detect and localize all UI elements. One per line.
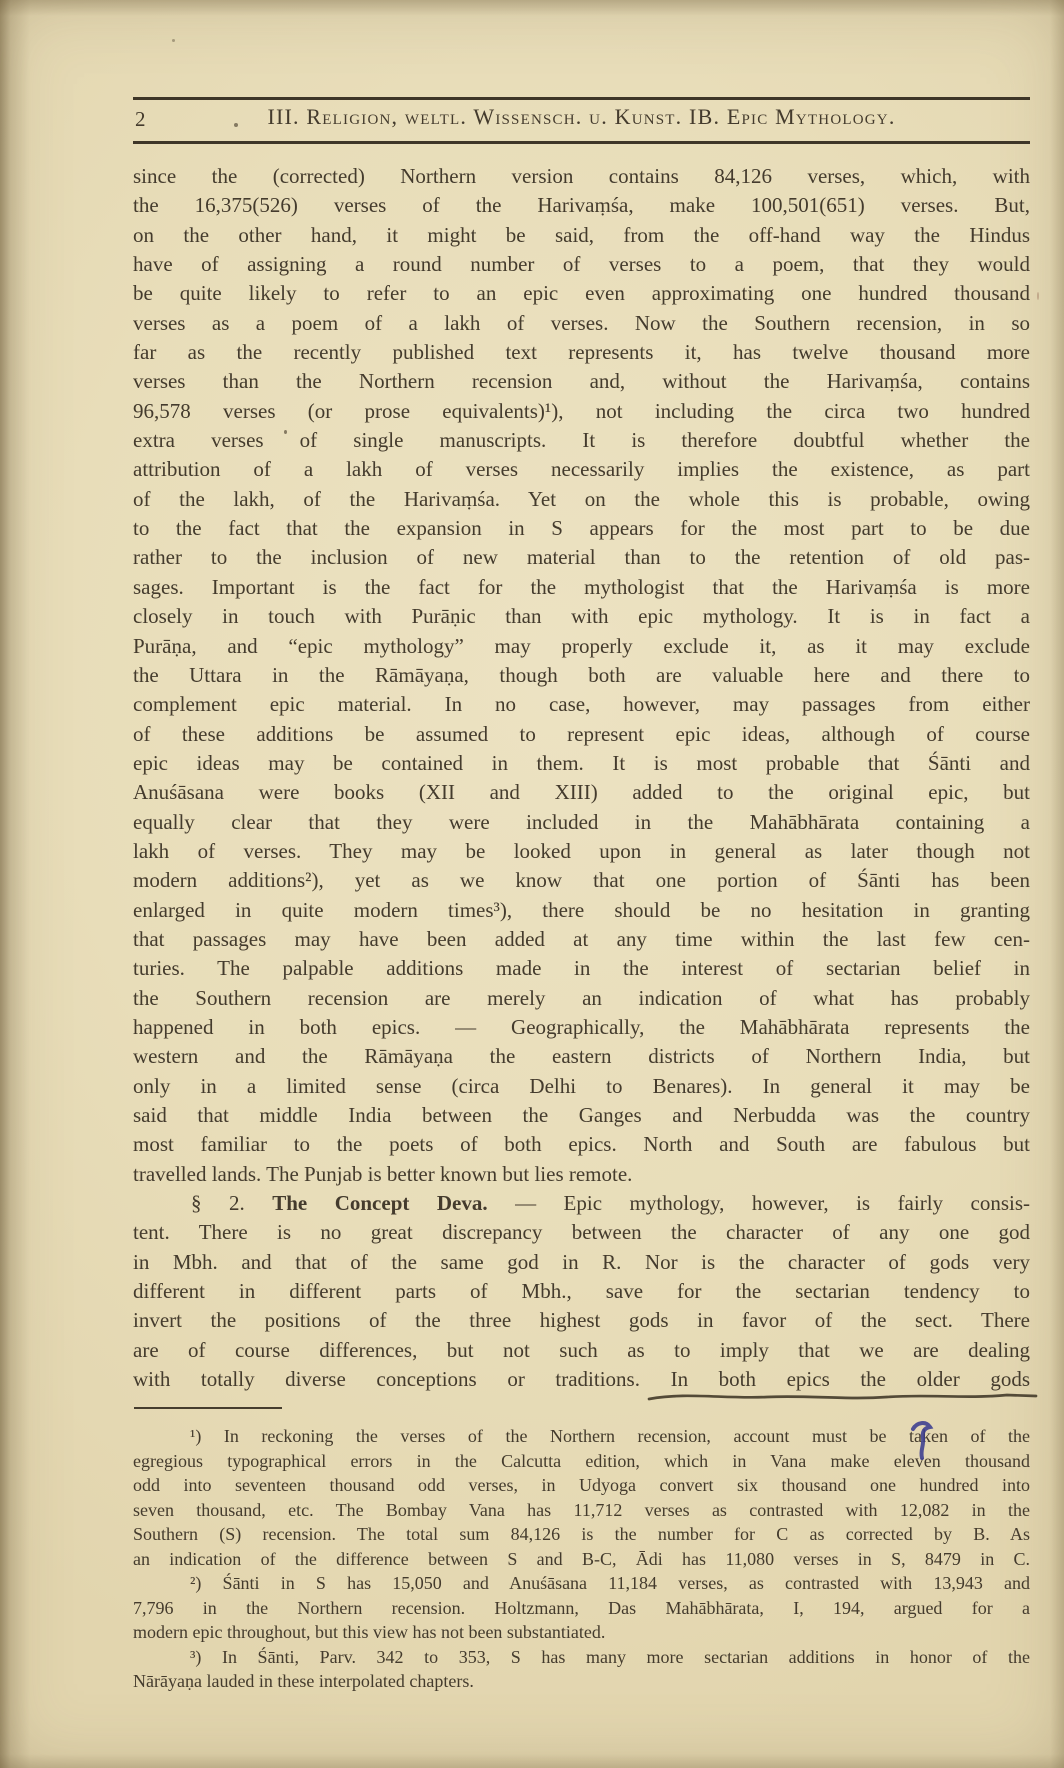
last-body-line: with totally diverse conceptions or trad… <box>133 1365 1030 1394</box>
body-text-line: equally clear that they were included in… <box>133 808 1030 837</box>
body-text-line: only in a limited sense (circa Delhi to … <box>133 1072 1030 1101</box>
paragraph-2: § 2. The Concept Deva. — Epic mythology,… <box>133 1189 1030 1394</box>
paper-speck <box>1037 292 1039 300</box>
paper-speck <box>172 39 175 42</box>
body-text-line: to the fact that the expansion in S appe… <box>133 514 1030 543</box>
body-text-line: Anuśāsana were books (XII and XIII) adde… <box>133 778 1030 807</box>
section-number: § 2. <box>191 1191 245 1215</box>
footnote-line: Southern (S) recension. The total sum 84… <box>133 1522 1030 1547</box>
body-text-line: extra verses of single manuscripts. It i… <box>133 426 1030 455</box>
body-text-line: Purāṇa, and “epic mythology” may properl… <box>133 632 1030 661</box>
body-text-line: on the other hand, it might be said, fro… <box>133 221 1030 250</box>
body-text-line: have of assigning a round number of vers… <box>133 250 1030 279</box>
footnote-line: odd into seventeen thousand odd verses, … <box>133 1473 1030 1498</box>
page-number: 2 <box>135 107 147 132</box>
body-text-line: of the lakh, of the Harivaṃśa. Yet on th… <box>133 485 1030 514</box>
body-text-line: most familiar to the poets of both epics… <box>133 1130 1030 1159</box>
paragraph-2-lines: tent. There is no great discrepancy betw… <box>133 1218 1030 1365</box>
footnote-separator-rule <box>134 1407 282 1409</box>
section-heading-rest: — Epic mythology, however, is fairly con… <box>515 1191 1030 1215</box>
footnote-line: Nārāyaṇa lauded in these interpolated ch… <box>133 1669 1030 1694</box>
scanned-book-page: 2 III. Religion, weltl. Wissensch. u. Ku… <box>0 0 1064 1768</box>
body-text-line: are of course differences, but not such … <box>133 1336 1030 1365</box>
running-title: III. Religion, weltl. Wissensch. u. Kuns… <box>133 104 1030 130</box>
scan-shadow-right <box>1050 0 1064 1768</box>
body-text-line: of these additions be assumed to represe… <box>133 720 1030 749</box>
body-text-line: travelled lands. The Punjab is better kn… <box>133 1160 1030 1189</box>
footnote-line: an indication of the difference between … <box>133 1547 1030 1572</box>
footnote-line: egregious typographical errors in the Ca… <box>133 1449 1030 1474</box>
footnotes: ¹) In reckoning the verses of the Northe… <box>133 1424 1030 1694</box>
body-text-line: said that middle India between the Gange… <box>133 1101 1030 1130</box>
body-text-line: far as the recently published text repre… <box>133 338 1030 367</box>
running-header: 2 III. Religion, weltl. Wissensch. u. Ku… <box>133 104 1030 138</box>
paragraph-1: since the (corrected) Northern version c… <box>133 162 1030 1189</box>
footnote-line: seven thousand, etc. The Bombay Vana has… <box>133 1498 1030 1523</box>
body-text-line: in Mbh. and that of the same god in R. N… <box>133 1248 1030 1277</box>
last-line-plain: with totally diverse conceptions or trad… <box>133 1367 640 1391</box>
section-title: The Concept Deva. <box>272 1191 487 1215</box>
scan-shadow-bottom <box>0 1754 1064 1768</box>
footnote-line: 7,796 in the Northern recension. Holtzma… <box>133 1596 1030 1621</box>
scan-shadow-top <box>0 0 1064 16</box>
footnote-line: ³) In Śānti, Parv. 342 to 353, S has man… <box>133 1645 1030 1670</box>
body-text-line: invert the positions of the three highes… <box>133 1306 1030 1335</box>
body-text-line: epic ideas may be contained in them. It … <box>133 749 1030 778</box>
body-text-line: the 16,375(526) verses of the Harivaṃśa,… <box>133 191 1030 220</box>
footnote-1: ¹) In reckoning the verses of the Northe… <box>133 1424 1030 1571</box>
footnote-line: modern epic throughout, but this view ha… <box>133 1620 1030 1645</box>
body-text-line: the Uttara in the Rāmāyaṇa, though both … <box>133 661 1030 690</box>
body-text-line: lakh of verses. They may be looked upon … <box>133 837 1030 866</box>
body-text-line: modern additions²), yet as we know that … <box>133 866 1030 895</box>
body-text-line: the Southern recension are merely an ind… <box>133 984 1030 1013</box>
hand-underlined-phrase: In both epics the older gods <box>671 1367 1030 1391</box>
footnote-3: ³) In Śānti, Parv. 342 to 353, S has man… <box>133 1645 1030 1694</box>
body-text-line: turies. The palpable additions made in t… <box>133 954 1030 983</box>
body-text-line: closely in touch with Purāṇic than with … <box>133 602 1030 631</box>
body-text-line: be quite likely to refer to an epic even… <box>133 279 1030 308</box>
body-text-line: sages. Important is the fact for the myt… <box>133 573 1030 602</box>
body-text-line: attribution of a lakh of verses necessar… <box>133 455 1030 484</box>
body-text-line: that passages may have been added at any… <box>133 925 1030 954</box>
header-rule-top <box>133 97 1030 100</box>
body-text-line: since the (corrected) Northern version c… <box>133 162 1030 191</box>
body-text-line: enlarged in quite modern times³), there … <box>133 896 1030 925</box>
body-text: since the (corrected) Northern version c… <box>133 162 1030 1394</box>
body-text-line: tent. There is no great discrepancy betw… <box>133 1218 1030 1247</box>
header-rule-bottom <box>133 141 1030 144</box>
body-text-line: complement epic material. In no case, ho… <box>133 690 1030 719</box>
body-text-line: happened in both epics. — Geographically… <box>133 1013 1030 1042</box>
body-text-line: 96,578 verses (or prose equivalents)¹), … <box>133 397 1030 426</box>
footnote-line: ¹) In reckoning the verses of the Northe… <box>133 1424 1030 1449</box>
body-text-line: western and the Rāmāyaṇa the eastern dis… <box>133 1042 1030 1071</box>
scan-shadow-left <box>0 0 30 1768</box>
body-text-line: rather to the inclusion of new material … <box>133 543 1030 572</box>
body-text-line: verses than the Northern recension and, … <box>133 367 1030 396</box>
footnote-line: ²) Śānti in S has 15,050 and Anuśāsana 1… <box>133 1571 1030 1596</box>
section-heading-line: § 2. The Concept Deva. — Epic mythology,… <box>133 1189 1030 1218</box>
body-text-line: verses as a poem of a lakh of verses. No… <box>133 309 1030 338</box>
body-text-line: different in different parts of Mbh., sa… <box>133 1277 1030 1306</box>
footnote-2: ²) Śānti in S has 15,050 and Anuśāsana 1… <box>133 1571 1030 1645</box>
